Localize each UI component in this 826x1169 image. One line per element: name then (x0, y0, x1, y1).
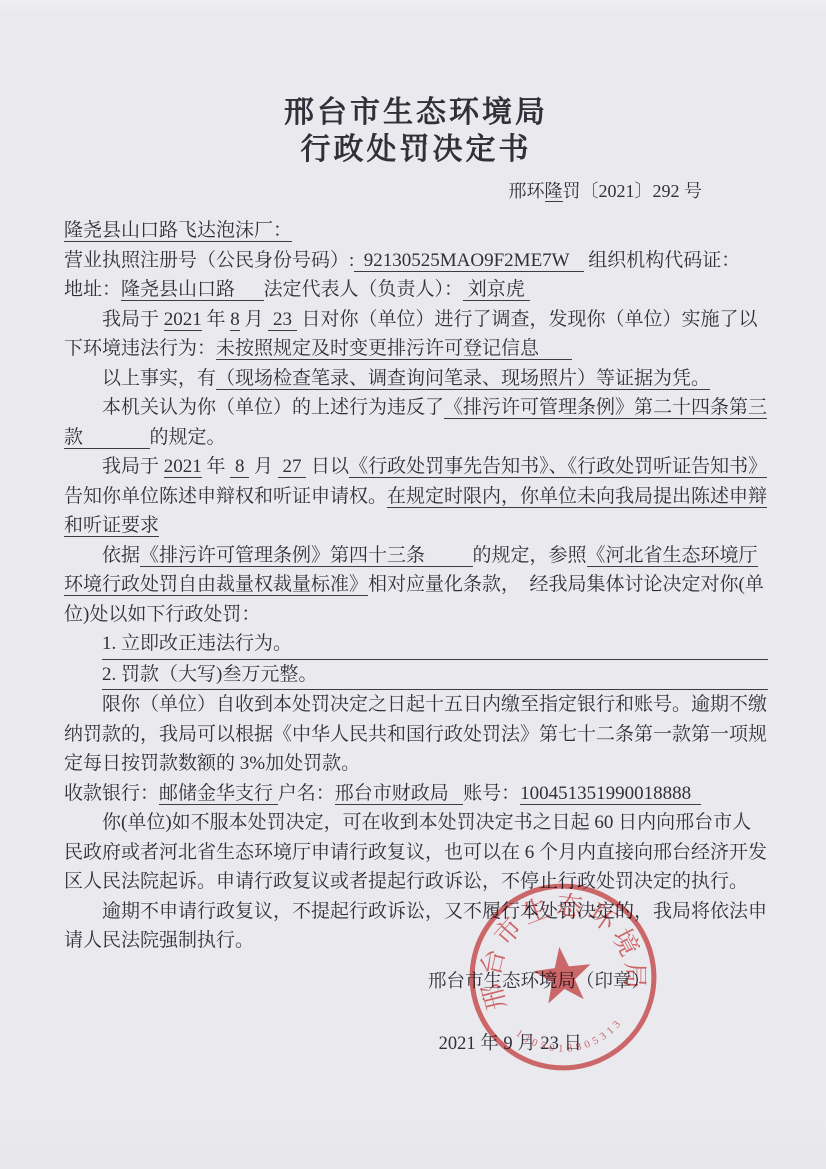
underlined-text-segment: 刘京虎 (463, 279, 530, 301)
text-segment: 罚〔2021〕292 号 (563, 181, 703, 202)
underlined-text-segment: 2021 (164, 456, 202, 478)
text-segment: 以上事实，有 (102, 368, 216, 390)
text-segment: 邢环 (509, 181, 545, 202)
text-segment: 本机关认为你（单位）的上述行为违反了 (102, 397, 444, 419)
text-segment: 户名： (278, 783, 335, 805)
underlined-text-segment: 23 (268, 309, 297, 331)
text-segment: 告知你单位陈述申辩权和听证申请权。 (64, 486, 387, 508)
text-segment: 年 (202, 309, 231, 331)
title-line-type: 行政处罚决定书 (64, 131, 768, 168)
underline-filler (292, 629, 768, 660)
text-segment: 我局于 (102, 456, 164, 478)
legal-basis-paragraph: 依据《排污许可管理条例》第四十三条 的规定，参照《河北省生态环境厅环境行政处罚自… (64, 541, 768, 630)
underlined-text-segment: 2021 (164, 309, 202, 331)
underlined-text-segment: 邢台市财政局 (335, 783, 463, 805)
text-segment: 月 (249, 456, 278, 478)
underline-filler (317, 660, 768, 691)
text-segment: 月 (240, 309, 269, 331)
underlined-text-segment: 邮储金华支行 (159, 783, 278, 805)
underlined-text-segment: 1. 立即改正违法行为。 (102, 629, 292, 660)
title-line-org: 邢台市生态环境局 (64, 94, 768, 131)
underlined-text-segment: 27 (278, 456, 307, 478)
text-segment: 营业执照注册号（公民身份号码）: (64, 250, 354, 272)
issuing-authority-signature: 邢台市生态环境局（印章） (64, 967, 768, 993)
text-segment: 日以 (306, 456, 349, 478)
text-segment: 你(单位)如不服本处罚决定，可在收到本处罚决定书之日起 60 日内向邢台市人民政… (64, 812, 767, 893)
underlined-text-segment: 100451351990018888 (520, 783, 701, 805)
underlined-text-segment: 2. 罚款（大写)叁万元整。 (102, 660, 317, 691)
text-segment: 地址： (64, 279, 121, 301)
violation-paragraph: 本机关认为你（单位）的上述行为违反了《排污许可管理条例》第二十四条第三款 的规定… (64, 393, 768, 452)
document-content: 邢台市生态环境局 行政处罚决定书 邢环隆罚〔2021〕292 号 隆尧县山口路飞… (0, 0, 826, 1055)
text-segment: 限你（单位）自收到本处罚决定之日起十五日内缴至指定银行和账号。逾期不缴纳罚款的，… (64, 694, 767, 775)
text-segment: 法定代表人（负责人）： (264, 279, 464, 301)
text-segment: 账号： (463, 783, 520, 805)
enforcement-paragraph: 逾期不申请行政复议，不提起行政诉讼，又不履行本处罚决定的，我局将依法申请人民法院… (64, 897, 768, 956)
notification-paragraph: 我局于 2021 年 8 月 27 日以《行政处罚事先告知书》、《行政处罚听证告… (64, 452, 768, 541)
underlined-text-segment: 《行政处罚事先告知书》、《行政处罚听证告知书》 (349, 456, 767, 478)
document-title: 邢台市生态环境局 行政处罚决定书 (64, 0, 768, 168)
text-segment: 的规定。 (150, 427, 226, 449)
signature-block: 邢台市生态环境局（印章） 2021 年 9 月 23 日 (64, 967, 768, 1055)
underlined-text-segment: 未按照规定及时变更排污许可登记信息 (216, 338, 572, 360)
text-segment: 逾期不申请行政复议，不提起行政诉讼，又不履行本处罚决定的，我局将依法申请人民法院… (64, 901, 767, 953)
penalty-item-2: 2. 罚款（大写)叁万元整。 (64, 660, 768, 691)
underlined-text-segment: 92130525MAO9F2ME7W (354, 250, 583, 272)
underlined-text-segment: 隆尧县山口路飞达泡沫厂： (64, 220, 292, 242)
underlined-text-segment: 8 (230, 456, 249, 478)
addressee-line: 隆尧县山口路飞达泡沫厂： (64, 216, 768, 246)
underlined-text-segment: 隆 (545, 181, 563, 202)
scanned-document-page: 邢台市生态环境局 行政处罚决定书 邢环隆罚〔2021〕292 号 隆尧县山口路飞… (0, 0, 826, 1169)
address-line: 地址：隆尧县山口路 法定代表人（负责人）： 刘京虎 (64, 275, 768, 305)
underlined-text-segment: 《排污许可管理条例》第四十三条 (140, 545, 473, 567)
document-number: 邢环隆罚〔2021〕292 号 (64, 177, 768, 203)
penalty-item-1: 1. 立即改正违法行为。 (64, 629, 768, 660)
text-segment: 依据 (102, 545, 140, 567)
bank-info-line: 收款银行：邮储金华支行 户名：邢台市财政局 账号：100451351990018… (64, 779, 768, 809)
underlined-text-segment: （现场检查笔录、调查询问笔录、现场照片）等证据为凭。 (216, 368, 710, 390)
investigation-paragraph: 我局于 2021 年 8 月 23 日对你（单位）进行了调查，发现你（单位）实施… (64, 305, 768, 364)
text-segment: 的规定，参照 (473, 545, 587, 567)
license-line: 营业执照注册号（公民身份号码）: 92130525MAO9F2ME7W 组织机构… (64, 246, 768, 276)
signature-date: 2021 年 9 月 23 日 (64, 1029, 768, 1055)
underlined-text-segment: 隆尧县山口路 (121, 279, 264, 301)
payment-deadline-paragraph: 限你（单位）自收到本处罚决定之日起十五日内缴至指定银行和账号。逾期不缴纳罚款的，… (64, 690, 768, 779)
document-body: 隆尧县山口路飞达泡沫厂：营业执照注册号（公民身份号码）: 92130525MAO… (64, 216, 768, 956)
evidence-paragraph: 以上事实，有（现场检查笔录、调查询问笔录、现场照片）等证据为凭。 (64, 364, 768, 394)
appeal-rights-paragraph: 你(单位)如不服本处罚决定，可在收到本处罚决定书之日起 60 日内向邢台市人民政… (64, 808, 768, 897)
text-segment: 年 (202, 456, 231, 478)
text-segment: 我局于 (102, 309, 164, 331)
underlined-text-segment: 8 (230, 309, 240, 331)
text-segment: 组织机构代码证： (584, 250, 741, 272)
text-segment: 收款银行： (64, 783, 159, 805)
